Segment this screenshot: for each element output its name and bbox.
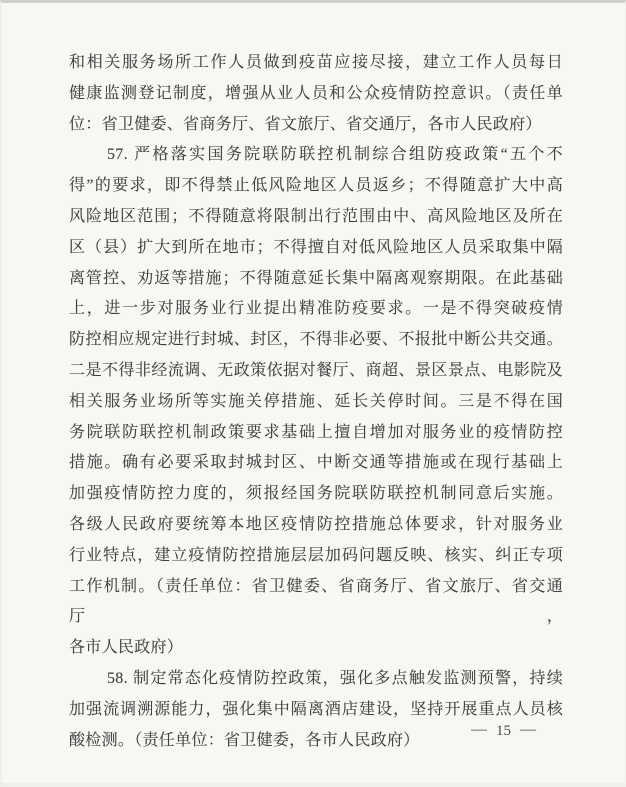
- page-footer: —15—: [462, 722, 545, 740]
- document-page: 和相关服务场所工作人员做到疫苗应接尽接，建立工作人员每日 健康监测登记制度，增强…: [0, 0, 626, 787]
- document-line: 和相关服务场所工作人员做到疫苗应接尽接，建立工作人员每日: [69, 48, 563, 79]
- document-line: 位：省卫健委、省商务厅、省文旅厅、省交通厅，各市人民政府）: [69, 110, 563, 141]
- document-line: 加强流调溯源能力，强化集中隔离酒店建设，坚持开展重点人员核: [69, 695, 563, 726]
- page-number-dash-left: —: [471, 721, 487, 739]
- document-line: 风险地区范围；不得随意将限制出行范围由中、高风险地区及所在: [69, 202, 563, 233]
- document-line: 健康监测登记制度，增强从业人员和公众疫情防控意识。（责任单: [69, 79, 563, 110]
- document-line: 上，进一步对服务业行业提出精准防疫要求。一是不得突破疫情: [69, 294, 563, 325]
- document-line: 相关服务业场所等实施关停措施、延长关停时间。三是不得在国: [69, 387, 563, 418]
- document-line: 二是不得非经流调、无政策依据对餐厅、商超、景区景点、电影院及: [69, 356, 563, 387]
- document-line: 工作机制。（责任单位：省卫健委、省商务厅、省文旅厅、省交通厅，: [69, 572, 563, 634]
- document-line-item-58-start: 58. 制定常态化疫情防控政策，强化多点触发监测预警，持续: [69, 664, 563, 695]
- document-line: 措施。确有必要采取封城封区、中断交通等措施或在现行基础上: [69, 448, 563, 479]
- document-line: 各市人民政府）: [69, 633, 563, 664]
- document-line: 务院联防联控机制政策要求基础上擅自增加对服务业的疫情防控: [69, 418, 563, 449]
- document-body: 和相关服务场所工作人员做到疫苗应接尽接，建立工作人员每日 健康监测登记制度，增强…: [69, 48, 563, 756]
- page-number-dash-right: —: [520, 721, 536, 739]
- document-line: 区（县）扩大到所在地市；不得擅自对低风险地区人员采取集中隔: [69, 233, 563, 264]
- document-line: 行业特点，建立疫情防控措施层层加码问题反映、核实、纠正专项: [69, 541, 563, 572]
- document-line: 加强疫情防控力度的，须报经国务院联防联控机制同意后实施。: [69, 479, 563, 510]
- document-line: 各级人民政府要统筹本地区疫情防控措施总体要求，针对服务业: [69, 510, 563, 541]
- document-line: 得”的要求，即不得禁止低风险地区人员返乡；不得随意扩大中高: [69, 171, 563, 202]
- page-number: 15: [496, 723, 511, 740]
- document-line-item-57-start: 57. 严格落实国务院联防联控机制综合组防疫政策“五个不: [69, 140, 563, 171]
- document-line: 离管控、劝返等措施；不得随意延长集中隔离观察期限。在此基础: [69, 264, 563, 295]
- document-line: 防控相应规定进行封城、封区，不得非必要、不报批中断公共交通。: [69, 325, 563, 356]
